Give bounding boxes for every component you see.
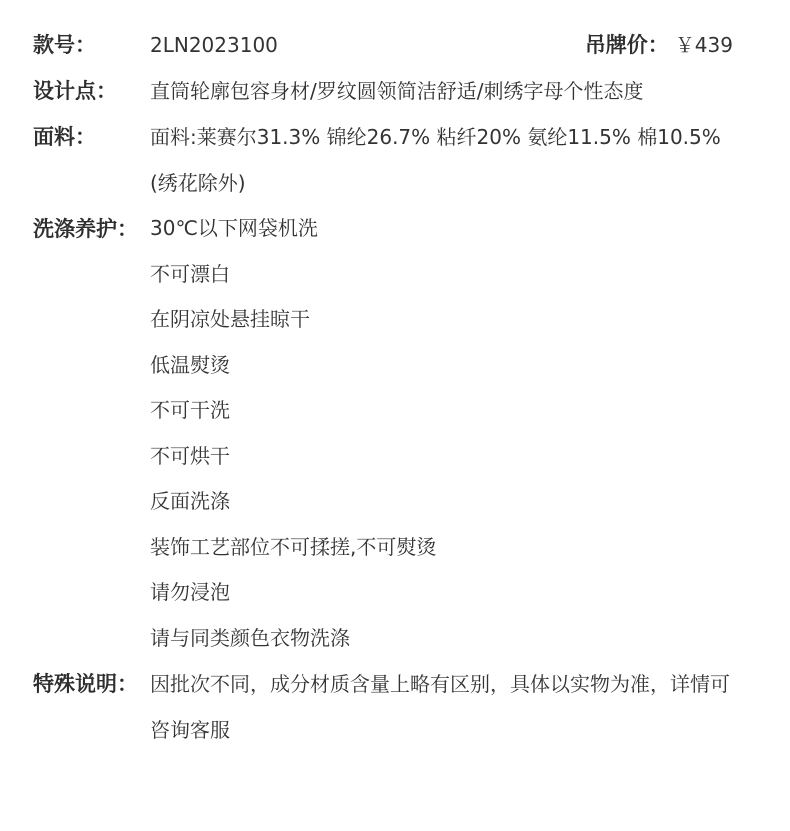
tag-price: 吊牌价： ￥439 <box>585 22 733 68</box>
care-instructions-list: 30℃以下网袋机洗 不可漂白 在阴凉处悬挂晾干 低温熨烫 不可干洗 不可烘干 反… <box>150 206 753 661</box>
care-item: 不可烘干 <box>150 434 753 480</box>
care-label: 洗涤养护： <box>33 206 150 252</box>
care-item: 30℃以下网袋机洗 <box>150 206 753 252</box>
design-row: 设计点： 直筒轮廓包容身材/罗纹圆领简洁舒适/刺绣字母个性态度 <box>33 68 753 114</box>
fabric-value: 面料:莱赛尔31.3% 锦纶26.7% 粘纤20% 氨纶11.5% 棉10.5%… <box>150 114 740 206</box>
tag-price-label: 吊牌价： <box>585 22 669 68</box>
care-item: 在阴凉处悬挂晾干 <box>150 297 753 343</box>
tag-price-value: ￥439 <box>675 22 733 68</box>
special-note-label: 特殊说明： <box>33 661 150 707</box>
design-label: 设计点： <box>33 68 150 114</box>
product-info-sheet: 款号： 2LN2023100 吊牌价： ￥439 设计点： 直筒轮廓包容身材/罗… <box>33 22 753 753</box>
fabric-label: 面料： <box>33 114 150 160</box>
care-item: 反面洗涤 <box>150 479 753 525</box>
care-item: 不可干洗 <box>150 388 753 434</box>
care-item: 请勿浸泡 <box>150 570 753 616</box>
special-note-row: 特殊说明： 因批次不同，成分材质含量上略有区别，具体以实物为准，详情可咨询客服 <box>33 661 753 753</box>
care-item: 请与同类颜色衣物洗涤 <box>150 616 753 662</box>
care-item: 不可漂白 <box>150 252 753 298</box>
style-number-label: 款号： <box>33 22 150 68</box>
fabric-row: 面料： 面料:莱赛尔31.3% 锦纶26.7% 粘纤20% 氨纶11.5% 棉1… <box>33 114 753 206</box>
care-row: 洗涤养护： 30℃以下网袋机洗 不可漂白 在阴凉处悬挂晾干 低温熨烫 不可干洗 … <box>33 206 753 661</box>
care-item: 低温熨烫 <box>150 343 753 389</box>
design-value: 直筒轮廓包容身材/罗纹圆领简洁舒适/刺绣字母个性态度 <box>150 68 740 114</box>
special-note-value: 因批次不同，成分材质含量上略有区别，具体以实物为准，详情可咨询客服 <box>150 661 740 753</box>
style-number-row: 款号： 2LN2023100 吊牌价： ￥439 <box>33 22 753 68</box>
care-item: 装饰工艺部位不可揉搓,不可熨烫 <box>150 525 753 571</box>
